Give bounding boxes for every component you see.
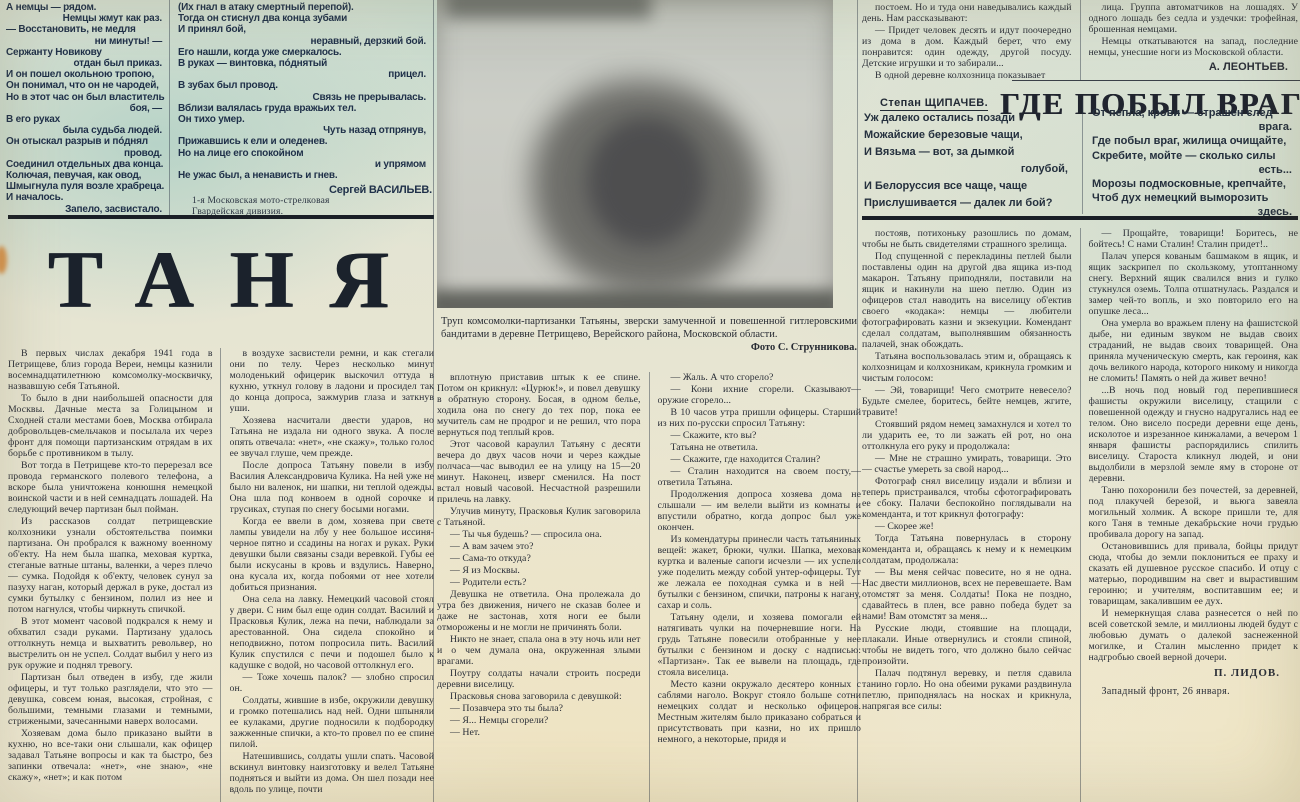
paragraph: постояв, потихоньку разошлись по домам, … <box>862 228 1072 250</box>
poem-line: В зубах был провод. <box>178 80 432 91</box>
paragraph: Из рассказов солдат петрищевские колхозн… <box>8 516 213 615</box>
paragraph: — Эй, товарищи! Чего смотрите невесело? … <box>862 385 1072 418</box>
photo-caption: Труп комсомолки-партизанки Татьяны, звер… <box>441 316 857 355</box>
photo-blur-blob <box>587 117 706 246</box>
poem-line: И началось. <box>6 192 168 203</box>
poem-line: Запело, засвистало. <box>6 204 168 215</box>
paragraph: — Мне не страшно умирать, товарищи. Это … <box>862 453 1072 475</box>
paragraph: — Тоже хочешь палок? — злобно спросил он… <box>230 672 435 694</box>
paragraph: В первых числах декабря 1941 года в Петр… <box>8 348 213 392</box>
poem-line: Где побыл враг, жилища очищайте, <box>1092 134 1298 148</box>
photo-blur-blob <box>437 290 833 308</box>
paragraph: Вот тогда в Петрищеве кто-то перерезал в… <box>8 460 213 515</box>
paragraph: Партизан был отведен в избу, где жили оф… <box>8 672 213 727</box>
poem-line: Тогда он стиснул два конца зубами <box>178 13 432 24</box>
poem-line: Чуть назад отпрянув, <box>178 125 432 136</box>
paragraph: Поутру солдаты начали строить посреди де… <box>437 668 641 690</box>
poem-line: Его нашли, когда уже смеркалось. <box>178 47 432 58</box>
paragraph: — Я... Немцы сгорели? <box>437 715 641 726</box>
column-rule <box>649 372 650 802</box>
paragraph: лица. Группа автоматчиков на лошадях. У … <box>1089 2 1299 35</box>
shchipachev-author-label: Степан ЩИПАЧЕВ. <box>880 97 988 111</box>
paragraph: Хозяева насчитали двести ударов, но Тать… <box>230 415 435 459</box>
paragraph: Солдаты, жившие в избе, окружили девушку… <box>230 695 435 750</box>
tanya-col2: в воздухе засвистели ремни, и как стегал… <box>230 348 435 802</box>
leontiev-col2: лица. Группа автоматчиков на лошадях. У … <box>1089 2 1299 86</box>
paragraph: Место казни окружало десятеро конных с с… <box>658 679 862 745</box>
paragraph: Палач подтянул веревку, и петля сдавила … <box>862 668 1072 712</box>
tanya-col5: постояв, потихоньку разошлись по домам, … <box>862 228 1072 802</box>
paragraph: Прасковья снова заговорила с девушкой: <box>437 691 641 702</box>
poem-line: врага. <box>1092 120 1298 134</box>
paragraph: В 10 часов утра пришли офицеры. Старший … <box>658 407 862 429</box>
photo-blur-blob <box>445 0 651 18</box>
poem-line: Вблизи валялась груда вражьих тел. <box>178 103 432 114</box>
poem-line: (Их гнал в атаку смертный перепой). <box>178 2 432 13</box>
paragraph: — Жаль. А что сгорело? <box>658 372 862 383</box>
poem-line: И принял бой, <box>178 24 432 35</box>
poem-vasiliev-col1: А немцы — рядом.Немцы жмут как раз.— Вос… <box>6 2 168 215</box>
tanya-col1: В первых числах декабря 1941 года в Петр… <box>8 348 213 802</box>
paragraph: — Кони ихние сгорели. Сказывают— оружие … <box>658 384 862 406</box>
poem-line: В руках — винтовка, пóднятый <box>178 58 432 69</box>
paragraph: — Скорее же! <box>862 521 1072 532</box>
poem-line: Он понимал, что он не чародей, <box>6 80 168 91</box>
paragraph: В этот момент часовой подкрался к нему и… <box>8 616 213 671</box>
poem-vasiliev-col2-lines: (Их гнал в атаку смертный перепой).Тогда… <box>178 2 432 181</box>
paragraph: Продолжения допроса хозяева дома не слыш… <box>658 489 862 533</box>
tanya-col6-paras: — Прощайте, товарищи! Боритесь, не бойте… <box>1089 228 1299 663</box>
poem-unit-line: 1-я Московская мото-стрелковая <box>178 196 432 207</box>
poem-line: Немцы жмут как раз. <box>6 13 168 24</box>
execution-photo <box>437 0 833 308</box>
poem-line: была судьба людей. <box>6 125 168 136</box>
column-rule <box>220 348 221 802</box>
divider-thick-right <box>862 216 1298 220</box>
paragraph: постоем. Но и туда они наведывались кажд… <box>862 2 1072 24</box>
tanya-col3: вплотную приставив штык к ее спине. Пото… <box>437 372 641 802</box>
poem-line: Не ужас был, а ненависть и гнев. <box>178 170 432 181</box>
poem-line: Он отыскал разрыв и пóднял <box>6 136 168 147</box>
tanya-col6: — Прощайте, товарищи! Боритесь, не бойте… <box>1089 228 1299 802</box>
poem-line: И он пошел окольною тропою, <box>6 69 168 80</box>
paragraph: — Сама-то откуда? <box>437 553 641 564</box>
poem-line: И Белоруссия все чаще, чаще <box>864 178 1074 195</box>
leontiev-col1: постоем. Но и туда они наведывались кажд… <box>862 2 1072 86</box>
poem-line: голубой, <box>864 161 1074 178</box>
poem-line: и упрямом <box>178 159 432 170</box>
divider-thick-left <box>8 215 434 219</box>
paragraph: То было в дни наибольшей опасности для М… <box>8 393 213 459</box>
paragraph: вплотную приставив штык к ее спине. Пото… <box>437 372 641 438</box>
paragraph: Она умерла во вражьем плену на фашистско… <box>1089 318 1299 384</box>
poem-line: Прижавшись к ели и оледенев. <box>178 136 432 147</box>
paragraph: Татьяна воспользовалась этим и, обращаяс… <box>862 351 1072 384</box>
poem-line: боя, — <box>6 103 168 114</box>
tanya-byline: П. ЛИДОВ. <box>1089 668 1299 679</box>
poem-line: Сержанту Новикову <box>6 47 168 58</box>
paragraph: Татьяна не ответила. <box>658 442 862 453</box>
poem-line: Но в этот час он был властитель <box>6 92 168 103</box>
poem-author-vasiliev: Сергей ВАСИЛЬЕВ. <box>178 185 432 196</box>
paragraph: — Вы меня сейчас повесите, но я не одна.… <box>862 567 1072 622</box>
paragraph: — Придет человек десять и идут поочередн… <box>862 25 1072 69</box>
column-rule <box>1082 100 1083 214</box>
paragraph: ...В ночь под новый год перепившиеся фаш… <box>1089 385 1299 484</box>
newspaper-page: А немцы — рядом.Немцы жмут как раз.— Вос… <box>0 0 1300 802</box>
paragraph: И немеркнущая слава разнесется о ней по … <box>1089 608 1299 663</box>
poem-line: — Восстановить, не медля <box>6 24 168 35</box>
paragraph: Под спущенной с перекладины петлей были … <box>862 251 1072 350</box>
paragraph: — Родители есть? <box>437 577 641 588</box>
paragraph: Натешившись, солдаты ушли спать. Часовой… <box>230 751 435 795</box>
poem-line: ни минуты! — <box>6 36 168 47</box>
paragraph: Никто не знает, спала она в эту ночь или… <box>437 634 641 667</box>
poem-line: И Вязьма — вот, за дымкой <box>864 144 1074 161</box>
paragraph: Хозяевам дома было приказано выйти в кух… <box>8 728 213 783</box>
paragraph: Она села на лавку. Немецкий часовой стоя… <box>230 594 435 671</box>
tanya-section-left: В первых числах декабря 1941 года в Петр… <box>8 348 434 802</box>
paragraph: Тогда Татьяна повернулась в сторону коме… <box>862 533 1072 566</box>
column-rule <box>857 0 858 802</box>
poem-line: Уж далеко остались позади <box>864 110 1074 127</box>
tanya-headline: ТАНЯ <box>0 226 436 338</box>
column-rule <box>1080 0 1081 80</box>
paragraph: Девушка не ответила. Она пролежала до ут… <box>437 589 641 633</box>
paragraph: — Позавчера это ты была? <box>437 703 641 714</box>
poem-vasiliev-col2: (Их гнал в атаку смертный перепой).Тогда… <box>178 2 432 217</box>
poem-line: Связь не прерывалась. <box>178 92 432 103</box>
paragraph: После допроса Татьяну повели в избу Васи… <box>230 460 435 515</box>
paragraph: Немцы откатываются на запад, последние н… <box>1089 36 1299 58</box>
poem-line: Но на лице его спокойном <box>178 148 432 159</box>
poem-line: Можайские березовые чащи, <box>864 127 1074 144</box>
column-rule <box>433 0 434 802</box>
poem-line: От пепла, крови — страшен след <box>1092 106 1298 120</box>
poem-line: неравный, дерзкий бой. <box>178 36 432 47</box>
paragraph: — Скажите, кто вы? <box>658 430 862 441</box>
paragraph: Русские люди, стоявшие на площади, плака… <box>862 623 1072 667</box>
paragraph: — Скажите, где находится Сталин? <box>658 454 862 465</box>
paragraph: — Нет. <box>437 727 641 738</box>
paragraph: — Ты чья будешь? — спросила она. <box>437 529 641 540</box>
poem-line: Прислушивается — далек ли бой? <box>864 195 1074 212</box>
paragraph: — А вам зачем это? <box>437 541 641 552</box>
paragraph: Палач уперся кованым башмаком в ящик, и … <box>1089 251 1299 317</box>
poem-line: провод. <box>6 148 168 159</box>
section-rule <box>1012 80 1300 81</box>
column-rule <box>1080 228 1081 802</box>
tanya-col4: — Жаль. А что сгорело?— Кони ихние сгоре… <box>658 372 862 802</box>
poem-line: А немцы — рядом. <box>6 2 168 13</box>
poem-line: В его руках <box>6 114 168 125</box>
paragraph: Этот часовой караулил Татьяну с десяти в… <box>437 439 641 505</box>
shchipachev-poem-left: Уж далеко остались позадиМожайские берез… <box>864 110 1074 212</box>
paragraph: в воздухе засвистели ремни, и как стегал… <box>230 348 435 414</box>
poem-line: Соединил отдельных два конца. <box>6 159 168 170</box>
paragraph: Остановившись для привала, бойцы придут … <box>1089 541 1299 607</box>
tanya-dateline: Западный фронт, 26 января. <box>1089 686 1299 697</box>
leontiev-col2-paras: лица. Группа автоматчиков на лошадях. У … <box>1089 2 1299 58</box>
photo-caption-text: Труп комсомолки-партизанки Татьяны, звер… <box>441 316 857 340</box>
poem-line: прицел. <box>178 69 432 80</box>
poem-line: Он тихо умер. <box>178 114 432 125</box>
shchipachev-poem-right: От пепла, крови — страшен следврага.Где … <box>1092 106 1298 220</box>
column-rule <box>169 0 170 215</box>
poem-line: Морозы подмосковные, крепчайте, <box>1092 177 1298 191</box>
photo-credit: Фото С. Струнникова. <box>441 342 857 355</box>
paragraph: Улучив минуту, Прасковья Кулик заговорил… <box>437 506 641 528</box>
poem-line: Скребите, мойте — сколько силы <box>1092 149 1298 163</box>
poem-line: отдан был приказ. <box>6 58 168 69</box>
paragraph: Когда ее ввели в дом, хозяева при свете … <box>230 516 435 593</box>
paragraph: Из комендатуры принесли часть татьяниных… <box>658 534 862 611</box>
poem-line: Колючая, певучая, как овод, <box>6 170 168 181</box>
paragraph: — Прощайте, товарищи! Боритесь, не бойте… <box>1089 228 1299 250</box>
paragraph: Таню похоронили без почестей, за деревне… <box>1089 485 1299 540</box>
paragraph: Стоявший рядом немец замахнулся и хотел … <box>862 419 1072 452</box>
leontiev-author: А. ЛЕОНТЬЕВ. <box>1089 62 1299 73</box>
paragraph: Фотограф снял виселицу издали и вблизи и… <box>862 476 1072 520</box>
poem-line: есть... <box>1092 163 1298 177</box>
poem-line: Шмыгнула пуля возле храбреца. <box>6 181 168 192</box>
paragraph: Татьяну одели, и хозяева помогали ей нат… <box>658 612 862 678</box>
paragraph: — Сталин находится на своем посту,— отве… <box>658 466 862 488</box>
paragraph: — Я из Москвы. <box>437 565 641 576</box>
poem-line: Чтоб дух немецкий выморозить <box>1092 191 1298 205</box>
